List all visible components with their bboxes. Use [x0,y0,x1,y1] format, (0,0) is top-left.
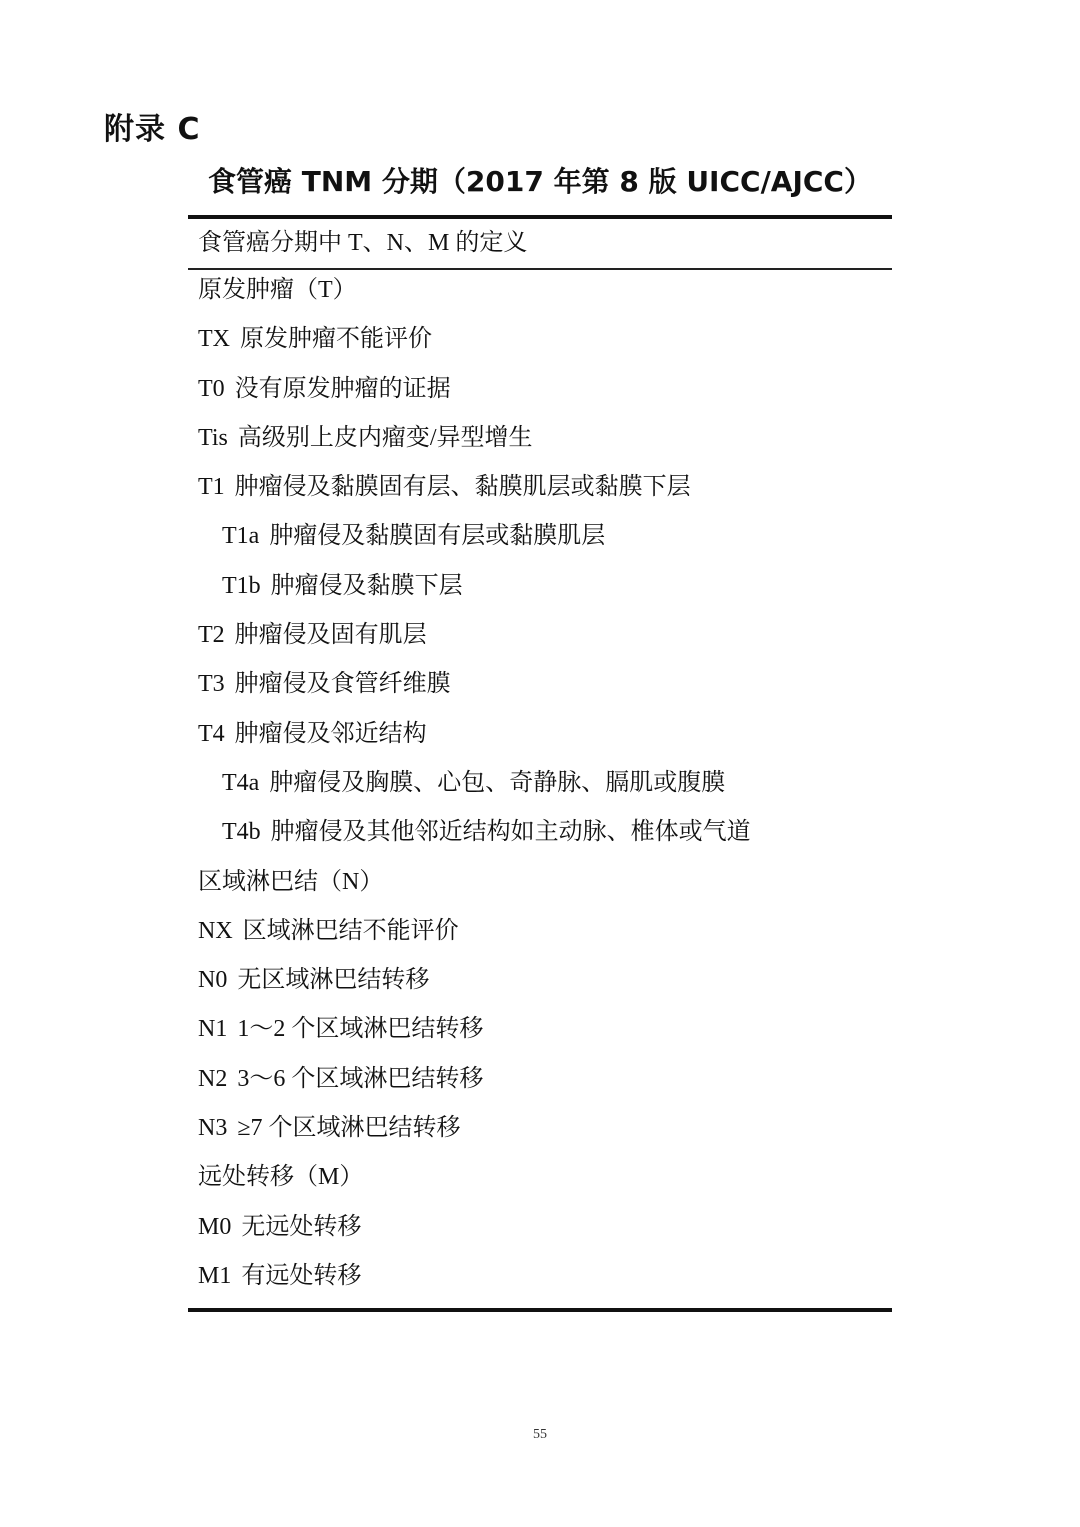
definition-text: 原发肿瘤（T） [198,277,357,303]
category-heading: 区域淋巴结（N） [198,866,751,915]
definition-text: 有远处转移 [241,1263,361,1289]
definition-row: T3肿瘤侵及食管纤维膜 [198,668,751,717]
definition-row: TX原发肿瘤不能评价 [198,323,751,372]
stage-code: T1b [222,570,261,602]
stage-code: T3 [198,668,225,700]
definition-row: T4肿瘤侵及邻近结构 [198,718,751,767]
definition-text: 肿瘤侵及其他邻近结构如主动脉、椎体或气道 [271,819,751,845]
definition-text: 无远处转移 [241,1214,361,1240]
definition-row: N3≥7 个区域淋巴结转移 [198,1112,751,1161]
definition-text: 肿瘤侵及食管纤维膜 [235,671,451,697]
stage-code: TX [198,323,230,355]
table-header: 食管癌分期中 T、N、M 的定义 [198,222,527,257]
definition-text: 肿瘤侵及黏膜固有层或黏膜肌层 [269,523,605,549]
definition-text: 区域淋巴结不能评价 [243,918,459,944]
definition-row: Tis高级别上皮内瘤变/异型增生 [198,422,751,471]
stage-code: T4a [222,767,259,799]
definition-text: 肿瘤侵及邻近结构 [235,721,427,747]
definition-row: NX区域淋巴结不能评价 [198,915,751,964]
stage-code: M0 [198,1211,231,1243]
definition-row: M1有远处转移 [198,1260,751,1309]
category-heading: 远处转移（M） [198,1161,751,1210]
definition-row: N23～6 个区域淋巴结转移 [198,1063,751,1112]
definition-text: ≥7 个区域淋巴结转移 [237,1115,460,1141]
definition-row: T4b肿瘤侵及其他邻近结构如主动脉、椎体或气道 [198,816,751,865]
table-bottom-rule [188,1308,892,1312]
definition-text: 3～6 个区域淋巴结转移 [237,1066,483,1092]
definition-text: 肿瘤侵及胸膜、心包、奇静脉、膈肌或腹膜 [269,770,725,796]
definition-text: 1～2 个区域淋巴结转移 [237,1016,483,1042]
page-number: 55 [0,1427,1080,1443]
stage-code: Tis [198,422,228,454]
definition-row: T4a肿瘤侵及胸膜、心包、奇静脉、膈肌或腹膜 [198,767,751,816]
definition-row: T0没有原发肿瘤的证据 [198,373,751,422]
stage-code: N3 [198,1112,227,1144]
stage-code: T4 [198,718,225,750]
stage-code: T4b [222,816,261,848]
stage-code: NX [198,915,233,947]
definition-text: 区域淋巴结（N） [198,869,383,895]
definition-text: 高级别上皮内瘤变/异型增生 [238,425,533,451]
definition-text: 没有原发肿瘤的证据 [235,376,451,402]
definition-text: 肿瘤侵及黏膜固有层、黏膜肌层或黏膜下层 [235,474,691,500]
tnm-definition-list: 原发肿瘤（T）TX原发肿瘤不能评价T0没有原发肿瘤的证据Tis高级别上皮内瘤变/… [198,274,751,1309]
table-header-rule [188,268,892,270]
stage-code: N0 [198,964,227,996]
stage-code: N2 [198,1063,227,1095]
definition-text: 远处转移（M） [198,1164,363,1190]
stage-code: T2 [198,619,225,651]
definition-row: T1肿瘤侵及黏膜固有层、黏膜肌层或黏膜下层 [198,471,751,520]
stage-code: M1 [198,1260,231,1292]
category-heading: 原发肿瘤（T） [198,274,751,323]
stage-code: T1 [198,471,225,503]
definition-text: 肿瘤侵及固有肌层 [235,622,427,648]
stage-code: N1 [198,1013,227,1045]
table-top-rule [188,215,892,219]
definition-row: N11～2 个区域淋巴结转移 [198,1013,751,1062]
definition-row: M0无远处转移 [198,1211,751,1260]
appendix-label: 附录 C [104,104,200,148]
stage-code: T0 [198,373,225,405]
definition-text: 原发肿瘤不能评价 [240,326,432,352]
definition-row: N0无区域淋巴结转移 [198,964,751,1013]
definition-row: T1a肿瘤侵及黏膜固有层或黏膜肌层 [198,520,751,569]
stage-code: T1a [222,520,259,552]
definition-row: T2肿瘤侵及固有肌层 [198,619,751,668]
definition-text: 无区域淋巴结转移 [237,967,429,993]
definition-row: T1b肿瘤侵及黏膜下层 [198,570,751,619]
definition-text: 肿瘤侵及黏膜下层 [271,573,463,599]
page-title: 食管癌 TNM 分期（2017 年第 8 版 UICC/AJCC） [0,160,1080,200]
